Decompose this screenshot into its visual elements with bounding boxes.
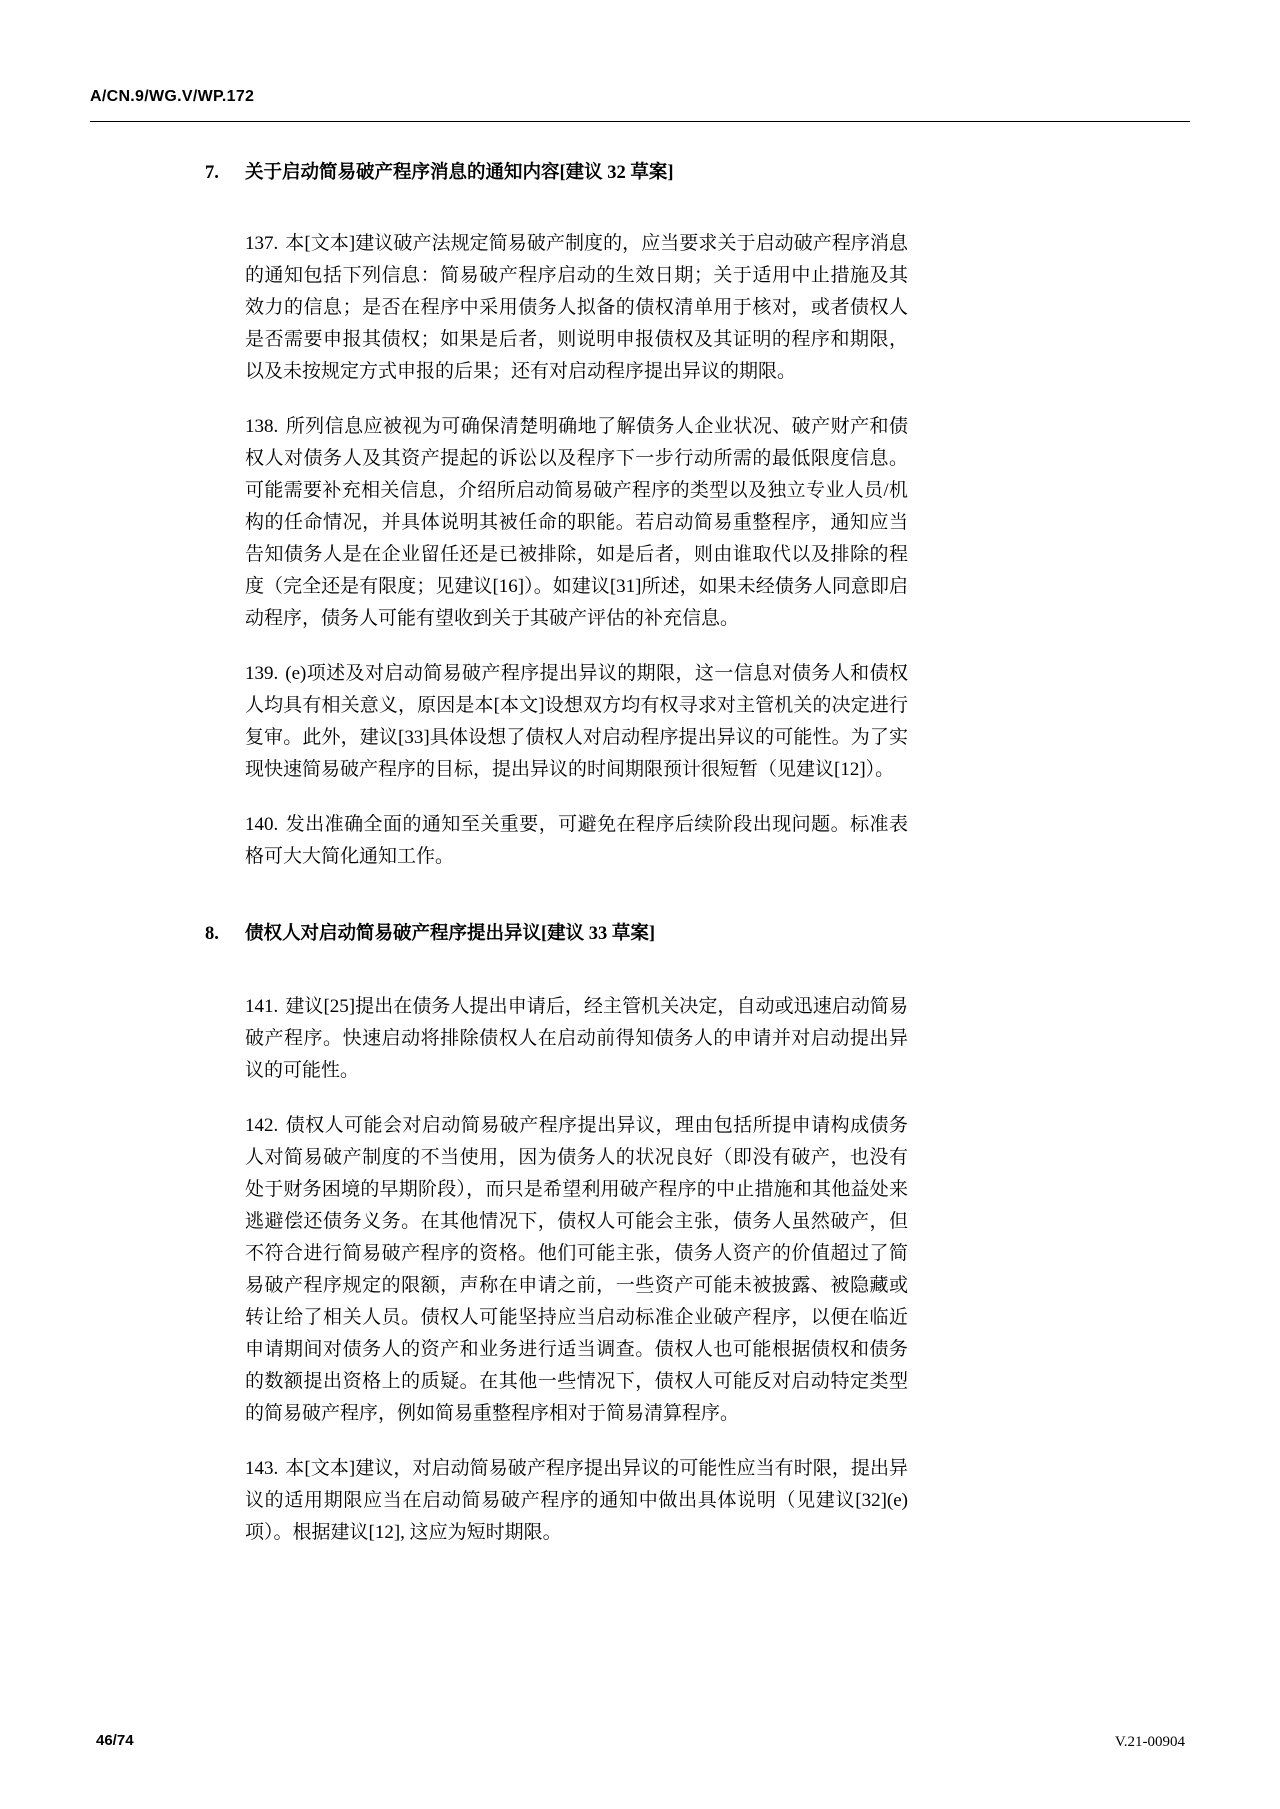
section-title: 关于启动简易破产程序消息的通知内容[建议 32 草案]: [245, 160, 908, 186]
section-heading-8: 8. 债权人对启动简易破产程序提出异议[建议 33 草案]: [205, 921, 908, 947]
paragraph-143: 143.本[文本]建议，对启动简易破产程序提出异议的可能性应当有时限，提出异议的…: [245, 1453, 908, 1549]
footer-page-number: 46/74: [96, 1732, 134, 1749]
paragraph-text: 建议[25]提出在债务人提出申请后，经主管机关决定，自动或迅速启动简易破产程序。…: [245, 996, 908, 1081]
paragraph-text: 本[文本]建议，对启动简易破产程序提出异议的可能性应当有时限，提出异议的适用期限…: [245, 1458, 908, 1543]
paragraph-142: 142.债权人可能会对启动简易破产程序提出异议，理由包括所提申请构成债务人对简易…: [245, 1110, 908, 1430]
document-symbol: A/CN.9/WG.V/WP.172: [90, 88, 254, 106]
paragraph-number: 139.: [245, 663, 278, 684]
paragraph-139: 139.(e)项述及对启动简易破产程序提出异议的期限，这一信息对债务人和债权人均…: [245, 658, 908, 786]
paragraph-number: 138.: [245, 416, 278, 437]
paragraph-text: 本[文本]建议破产法规定简易破产制度的，应当要求关于启动破产程序消息的通知包括下…: [245, 233, 908, 382]
paragraph-text: 发出准确全面的通知至关重要，可避免在程序后续阶段出现问题。标准表格可大大简化通知…: [245, 814, 908, 867]
paragraph-text: (e)项述及对启动简易破产程序提出异议的期限，这一信息对债务人和债权人均具有相关…: [245, 663, 908, 780]
paragraph-text: 债权人可能会对启动简易破产程序提出异议，理由包括所提申请构成债务人对简易破产制度…: [245, 1115, 908, 1424]
paragraph-number: 141.: [245, 996, 278, 1017]
section-number: 8.: [205, 921, 245, 947]
section-heading-7: 7. 关于启动简易破产程序消息的通知内容[建议 32 草案]: [205, 160, 908, 186]
section-title: 债权人对启动简易破产程序提出异议[建议 33 草案]: [245, 921, 908, 947]
document-page: A/CN.9/WG.V/WP.172 7. 关于启动简易破产程序消息的通知内容[…: [0, 0, 1280, 1809]
paragraph-text: 所列信息应被视为可确保清楚明确地了解债务人企业状况、破产财产和债权人对债务人及其…: [245, 416, 908, 629]
paragraph-number: 142.: [245, 1115, 278, 1136]
section-number: 7.: [205, 160, 245, 186]
paragraph-140: 140.发出准确全面的通知至关重要，可避免在程序后续阶段出现问题。标准表格可大大…: [245, 809, 908, 873]
paragraph-number: 137.: [245, 233, 278, 254]
paragraph-137: 137.本[文本]建议破产法规定简易破产制度的，应当要求关于启动破产程序消息的通…: [245, 228, 908, 388]
paragraph-138: 138.所列信息应被视为可确保清楚明确地了解债务人企业状况、破产财产和债权人对债…: [245, 411, 908, 635]
footer-document-ref: V.21-00904: [1115, 1734, 1185, 1751]
paragraph-number: 143.: [245, 1458, 278, 1479]
paragraph-141: 141.建议[25]提出在债务人提出申请后，经主管机关决定，自动或迅速启动简易破…: [245, 991, 908, 1087]
paragraph-number: 140.: [245, 814, 278, 835]
header-rule: [90, 121, 1190, 122]
document-body: 7. 关于启动简易破产程序消息的通知内容[建议 32 草案] 137.本[文本]…: [245, 140, 908, 1549]
